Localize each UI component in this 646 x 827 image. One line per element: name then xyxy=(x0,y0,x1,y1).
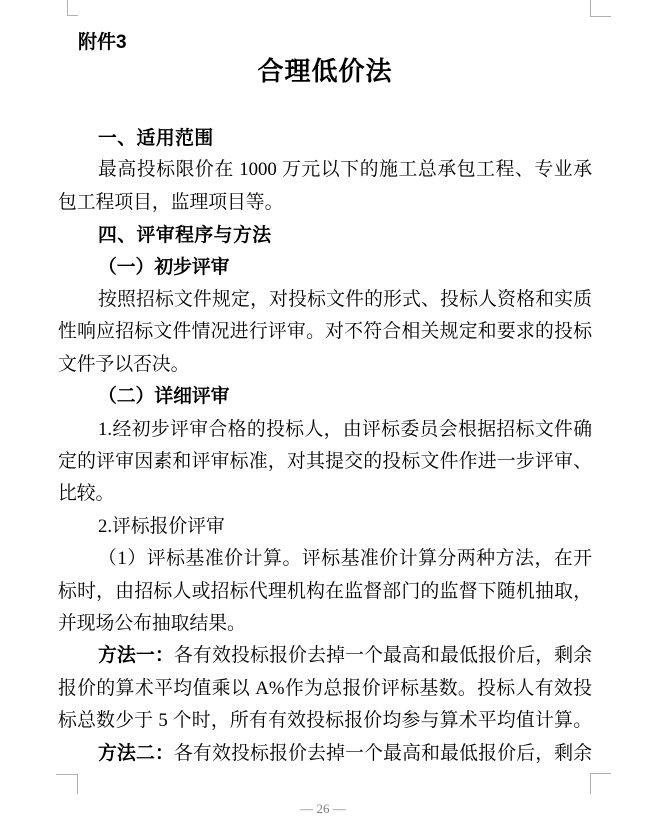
crop-mark-top-right xyxy=(590,0,611,17)
method-two-label: 方法二： xyxy=(98,742,174,764)
method-one-label: 方法一： xyxy=(98,644,174,666)
text-line-method-one: 方法一：各有效投标报价去掉一个最高和最低报价后，剩余 xyxy=(58,644,592,667)
text-line: 标时，由招标人或招标代理机构在监督部门的监督下随机抽取， xyxy=(58,580,592,603)
text-line-method-two: 方法二：各有效投标报价去掉一个最高和最低报价后，剩余 xyxy=(58,742,592,765)
document-page: 附件3 合理低价法 一、适用范围 最高投标限价在 1000 万元以下的施工总承包… xyxy=(0,0,646,827)
page-number: — 26 — xyxy=(0,801,646,817)
subheading-detailed-review: （二）详细评审 xyxy=(58,385,592,408)
text-line: （1）评标基准价计算。评标基准价计算分两种方法，在开 xyxy=(58,547,592,570)
text-line: 报价的算术平均值乘以 A%作为总报价评标基数。投标人有效投 xyxy=(58,677,592,700)
text-line: 包工程项目，监理项目等。 xyxy=(58,191,592,214)
text-line: 标总数少于 5 个时，所有有效投标报价均参与算术平均值计算。 xyxy=(58,709,592,732)
attachment-label: 附件3 xyxy=(78,27,127,54)
crop-mark-bottom-right xyxy=(590,773,611,794)
crop-mark-top-left xyxy=(67,0,78,16)
subheading-preliminary-review: （一）初步评审 xyxy=(58,256,592,279)
text-line: 按照招标文件规定，对投标文件的形式、投标人资格和实质 xyxy=(58,288,592,311)
text-line: 比较。 xyxy=(58,482,592,505)
text-line: 定的评审因素和评审标准，对其提交的投标文件作进一步评审、 xyxy=(58,450,592,473)
section-heading-scope: 一、适用范围 xyxy=(58,126,592,149)
text-line: 性响应招标文件情况进行评审。对不符合相关规定和要求的投标 xyxy=(58,320,592,343)
text-line: 最高投标限价在 1000 万元以下的施工总承包工程、专业承 xyxy=(58,158,592,181)
crop-mark-bottom-left xyxy=(56,774,78,794)
text-line: 各有效投标报价去掉一个最高和最低报价后，剩余 xyxy=(174,743,592,764)
text-line: 各有效投标报价去掉一个最高和最低报价后，剩余 xyxy=(174,645,592,666)
text-line: 1.经初步评审合格的投标人，由评标委员会根据招标文件确 xyxy=(58,418,592,441)
document-title: 合理低价法 xyxy=(58,51,592,88)
text-line: 并现场公布抽取结果。 xyxy=(58,612,592,635)
text-line: 2.评标报价评审 xyxy=(58,515,592,538)
text-line: 文件予以否决。 xyxy=(58,353,592,376)
section-heading-procedure: 四、评审程序与方法 xyxy=(58,223,592,246)
